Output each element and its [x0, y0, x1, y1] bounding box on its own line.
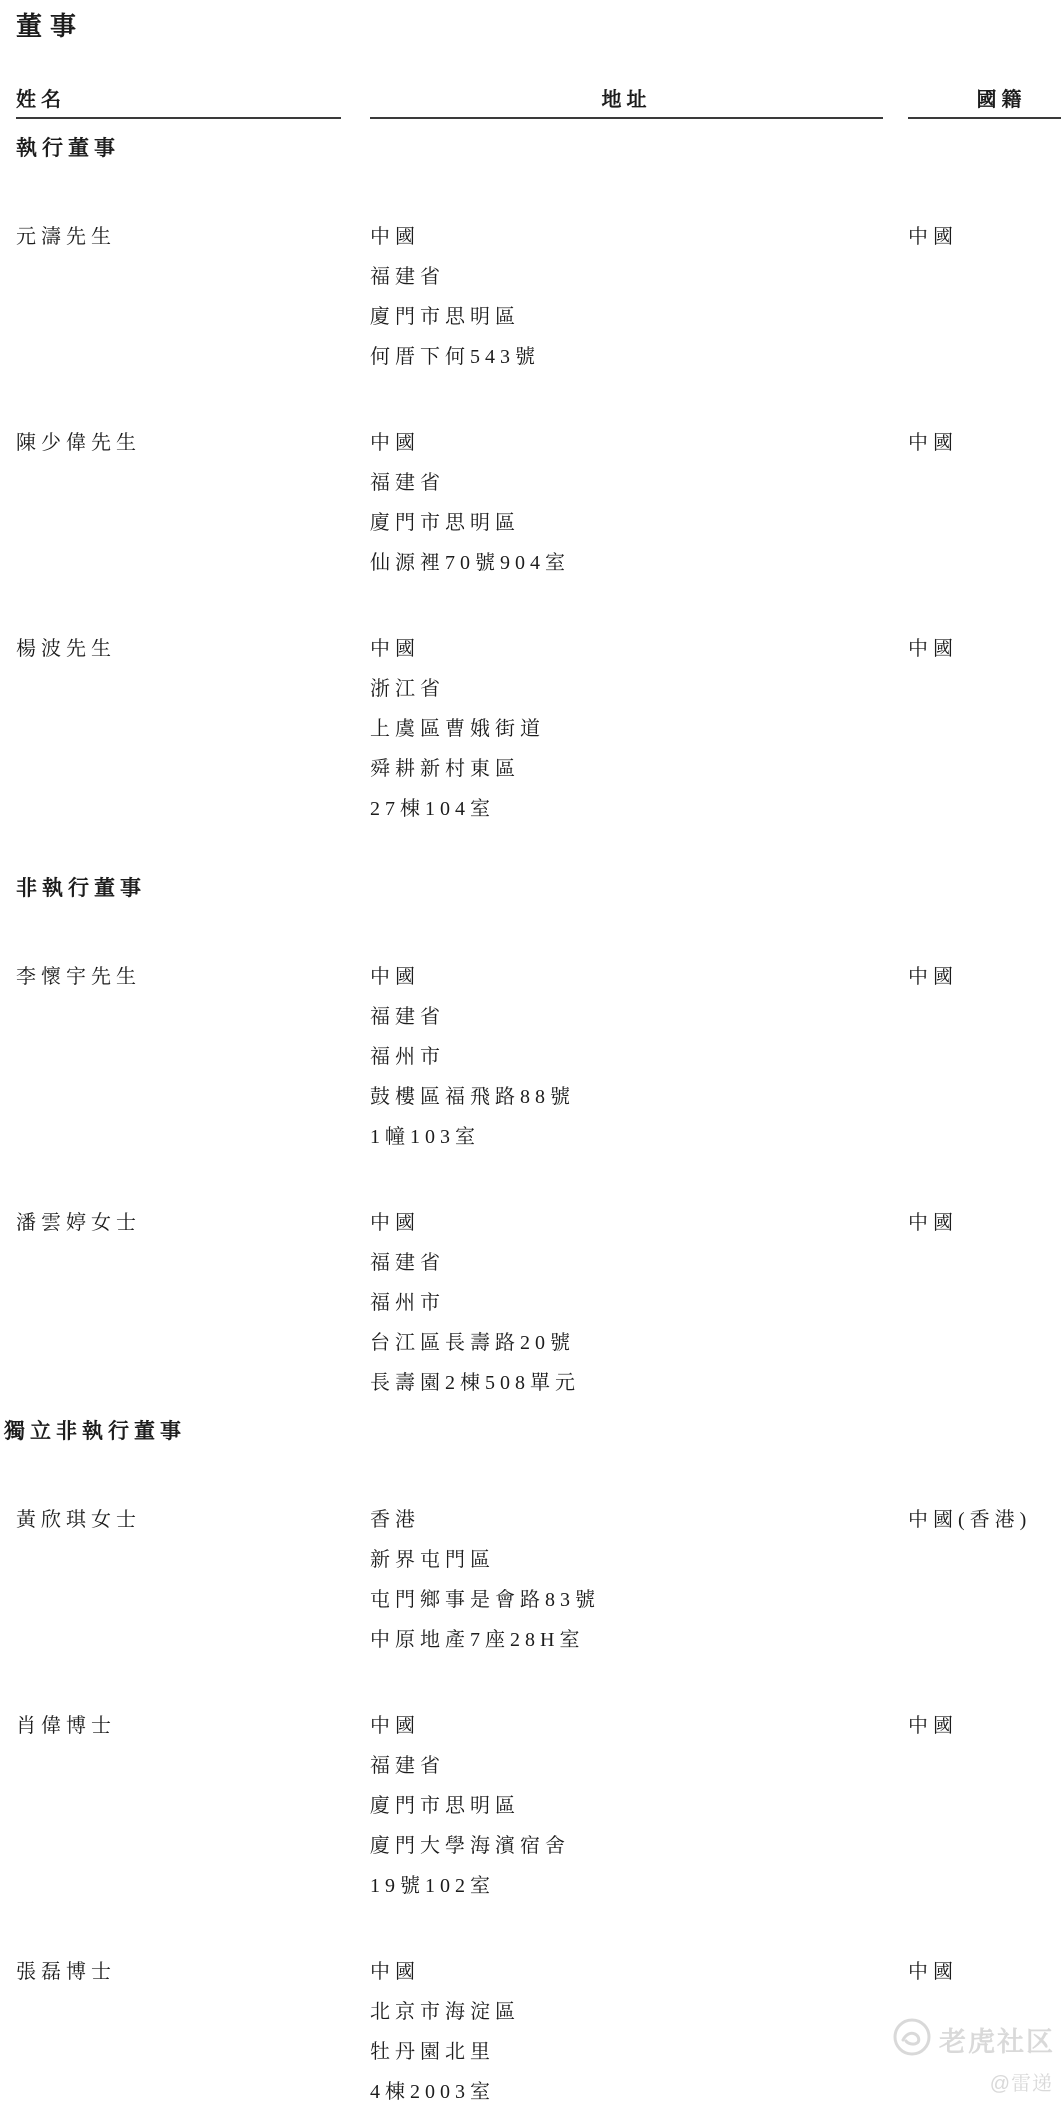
director-row: 陳少偉先生 中國 福建省 廈門市思明區 仙源裡70號904室 中國 [0, 423, 1061, 583]
director-row: 元濤先生 中國 福建省 廈門市思明區 何厝下何543號 中國 [0, 217, 1061, 377]
director-name: 李懷宇先生 [0, 957, 370, 1157]
address-line: 香港 [370, 1500, 908, 1540]
address-line: 台江區長壽路20號 [370, 1323, 908, 1363]
director-address: 香港 新界屯門區 屯門鄉事是會路83號 中原地產7座28H室 [370, 1500, 908, 1660]
address-line: 1幢103室 [370, 1117, 908, 1157]
director-nationality: 中國 [908, 1203, 1061, 1403]
address-line: 廈門市思明區 [370, 297, 908, 337]
address-line: 福建省 [370, 1243, 908, 1283]
director-row: 潘雲婷女士 中國 福建省 福州市 台江區長壽路20號 長壽園2棟508單元 中國 [0, 1203, 1061, 1403]
address-line: 牡丹園北里 [370, 2032, 908, 2072]
tiger-circle-icon [893, 2018, 931, 2061]
address-line: 廈門大學海濱宿舍 [370, 1826, 908, 1866]
address-line: 4棟2003室 [370, 2072, 908, 2108]
director-address: 中國 福建省 福州市 鼓樓區福飛路88號 1幢103室 [370, 957, 908, 1157]
director-address: 中國 福建省 廈門市思明區 何厝下何543號 [370, 217, 908, 377]
director-row: 李懷宇先生 中國 福建省 福州市 鼓樓區福飛路88號 1幢103室 中國 [0, 957, 1061, 1157]
address-line: 何厝下何543號 [370, 337, 908, 377]
watermark: 老虎社区 @雷递 [893, 2018, 1055, 2096]
director-nationality: 中國 [908, 217, 1061, 377]
address-line: 新界屯門區 [370, 1540, 908, 1580]
address-line: 福州市 [370, 1037, 908, 1077]
address-line: 福建省 [370, 257, 908, 297]
address-line: 27棟104室 [370, 789, 908, 829]
header-name-label: 姓名 [16, 89, 66, 111]
director-name: 楊波先生 [0, 629, 370, 829]
address-line: 上虞區曹娥街道 [370, 709, 908, 749]
watermark-brand-text: 老虎社区 [939, 2020, 1055, 2059]
director-nationality: 中國 [908, 957, 1061, 1157]
address-line: 廈門市思明區 [370, 1786, 908, 1826]
address-line: 中國 [370, 423, 908, 463]
director-nationality: 中國(香港) [908, 1500, 1061, 1660]
address-line: 浙江省 [370, 669, 908, 709]
address-line: 中國 [370, 1203, 908, 1243]
address-line: 福建省 [370, 1746, 908, 1786]
address-line: 中國 [370, 629, 908, 669]
director-address: 中國 北京市海淀區 牡丹園北里 4棟2003室 [370, 1952, 908, 2108]
director-address: 中國 福建省 廈門市思明區 仙源裡70號904室 [370, 423, 908, 583]
address-line: 廈門市思明區 [370, 503, 908, 543]
director-nationality: 中國 [908, 629, 1061, 829]
address-line: 鼓樓區福飛路88號 [370, 1077, 908, 1117]
address-line: 北京市海淀區 [370, 1992, 908, 2032]
address-line: 舜耕新村東區 [370, 749, 908, 789]
director-name: 黃欣琪女士 [0, 1500, 370, 1660]
header-col-name: 姓名 [0, 87, 370, 119]
address-line: 中國 [370, 217, 908, 257]
director-row: 肖偉博士 中國 福建省 廈門市思明區 廈門大學海濱宿舍 19號102室 中國 [0, 1706, 1061, 1906]
director-address: 中國 福建省 福州市 台江區長壽路20號 長壽園2棟508單元 [370, 1203, 908, 1403]
page-title: 董事 [0, 0, 1061, 44]
director-address: 中國 浙江省 上虞區曹娥街道 舜耕新村東區 27棟104室 [370, 629, 908, 829]
director-row: 黃欣琪女士 香港 新界屯門區 屯門鄉事是會路83號 中原地產7座28H室 中國(… [0, 1500, 1061, 1660]
address-line: 中國 [370, 1952, 908, 1992]
section-label-executive-directors: 執行董事 [0, 135, 1061, 161]
document-page: 董事 姓名 地址 國籍 執行董事 元濤先生 中國 福建省 廈門市思明區 何厝下何… [0, 0, 1061, 2108]
director-name: 張磊博士 [0, 1952, 370, 2108]
address-line: 屯門鄉事是會路83號 [370, 1580, 908, 1620]
director-name: 元濤先生 [0, 217, 370, 377]
header-col-address: 地址 [370, 87, 908, 119]
address-line: 19號102室 [370, 1866, 908, 1906]
address-line: 福州市 [370, 1283, 908, 1323]
section-label-independent-non-executive-directors: 獨立非執行董事 [0, 1418, 1061, 1444]
director-nationality: 中國 [908, 1706, 1061, 1906]
header-address-label: 地址 [602, 89, 652, 111]
director-address: 中國 福建省 廈門市思明區 廈門大學海濱宿舍 19號102室 [370, 1706, 908, 1906]
table-header-row: 姓名 地址 國籍 [0, 87, 1061, 119]
director-name: 潘雲婷女士 [0, 1203, 370, 1403]
address-line: 福建省 [370, 463, 908, 503]
address-line: 中國 [370, 1706, 908, 1746]
address-line: 中國 [370, 957, 908, 997]
director-name: 肖偉博士 [0, 1706, 370, 1906]
director-name: 陳少偉先生 [0, 423, 370, 583]
address-line: 仙源裡70號904室 [370, 543, 908, 583]
header-nationality-label: 國籍 [977, 87, 1027, 113]
watermark-handle-text: @雷递 [893, 2067, 1055, 2096]
address-line: 中原地產7座28H室 [370, 1620, 908, 1660]
director-nationality: 中國 [908, 423, 1061, 583]
section-label-non-executive-directors: 非執行董事 [0, 875, 1061, 901]
address-line: 長壽園2棟508單元 [370, 1363, 908, 1403]
director-row: 楊波先生 中國 浙江省 上虞區曹娥街道 舜耕新村東區 27棟104室 中國 [0, 629, 1061, 829]
address-line: 福建省 [370, 997, 908, 1037]
header-col-nationality: 國籍 [908, 87, 1061, 119]
